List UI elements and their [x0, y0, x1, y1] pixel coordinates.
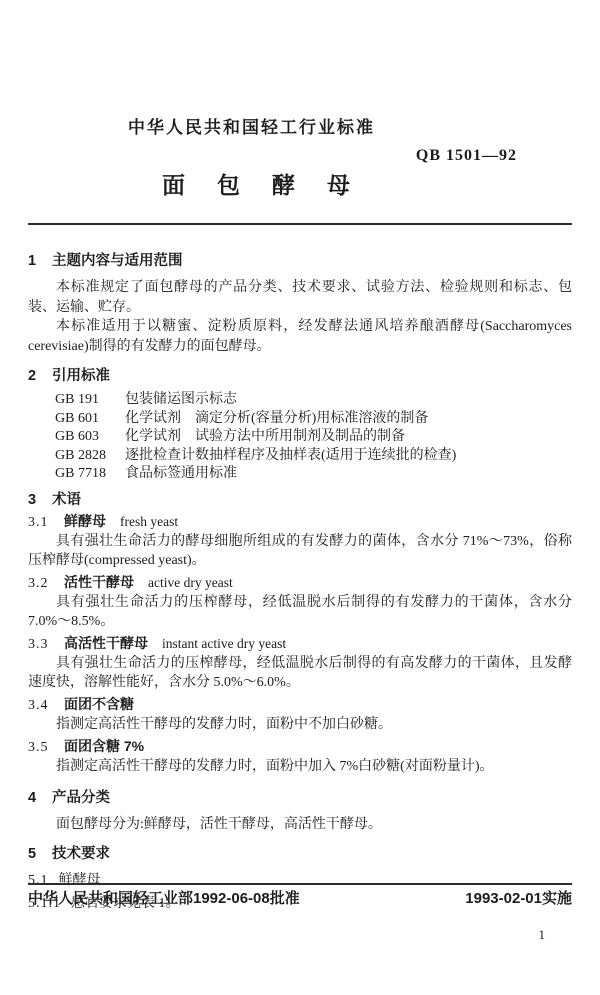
standard-document-page: 中华人民共和国轻工行业标准 QB 1501—92 面包酵母 1主题内容与适用范围… — [0, 0, 600, 995]
term-3-3-heading: 3.3高活性干酵母instant active dry yeast — [28, 634, 572, 654]
list-item: GB 191包装储运图示标志 — [28, 391, 572, 410]
list-item: GB 603化学试剂 试验方法中所用制剂及制品的制备 — [28, 428, 572, 447]
ref-code: GB 2828 — [55, 447, 111, 466]
ref-code: GB 191 — [55, 391, 111, 410]
section-5-heading: 5技术要求 — [28, 845, 572, 863]
term-number: 3.5 — [28, 739, 56, 757]
section-3-title: 术语 — [52, 492, 81, 508]
section-2-number: 2 — [28, 367, 52, 385]
standard-code: QB 1501—92 — [28, 148, 572, 164]
list-item: GB 7718食品标签通用标准 — [28, 465, 572, 484]
approval-statement: 中华人民共和国轻工业部1992-06-08批准 — [28, 891, 300, 907]
term-3-2-heading: 3.2活性干酵母active dry yeast — [28, 573, 572, 593]
ref-title: 包装储运图示标志 — [125, 392, 237, 407]
list-item: GB 601化学试剂 滴定分析(容量分析)用标准溶液的制备 — [28, 410, 572, 429]
term-name-zh: 面团不含糖 — [64, 696, 134, 712]
term-name-zh: 面团含糖 7% — [64, 738, 144, 754]
term-3-4-heading: 3.4面团不含糖 — [28, 695, 572, 715]
ref-code: GB 601 — [55, 410, 111, 429]
term-3-5-heading: 3.5面团含糖 7% — [28, 737, 572, 757]
section-4-heading: 4产品分类 — [28, 789, 572, 807]
section-1-number: 1 — [28, 252, 52, 270]
document-title: 面包酵母 — [162, 174, 572, 197]
term-number: 3.4 — [28, 697, 56, 715]
section-3-heading: 3术语 — [28, 491, 572, 509]
term-name-zh: 鲜酵母 — [64, 513, 106, 529]
section-5-title: 技术要求 — [52, 846, 110, 862]
subsection-number: 5.1 — [28, 872, 49, 890]
ref-code: GB 7718 — [55, 465, 111, 484]
ref-title: 逐批检查计数抽样程序及抽样表(适用于连续批的检查) — [125, 448, 456, 463]
term-3-5-definition: 指测定高活性干酵母的发酵力时，面粉中加入 7%白砂糖(对面粉量计)。 — [28, 757, 572, 776]
section-4-paragraph-1: 面包酵母分为:鲜酵母，活性干酵母，高活性干酵母。 — [28, 815, 572, 835]
section-1-paragraph-1: 本标准规定了面包酵母的产品分类、技术要求、试验方法、检验规则和标志、包装、运输、… — [28, 278, 572, 317]
term-number: 3.1 — [28, 514, 56, 532]
term-name-zh: 高活性干酵母 — [64, 635, 148, 651]
term-3-1-heading: 3.1鲜酵母fresh yeast — [28, 512, 572, 532]
term-name-zh: 活性干酵母 — [64, 574, 134, 590]
section-3-number: 3 — [28, 491, 52, 509]
subsection-text: 鲜酵母 — [59, 873, 101, 888]
list-item: GB 2828逐批检查计数抽样程序及抽样表(适用于连续批的检查) — [28, 447, 572, 466]
footer-divider — [28, 883, 572, 885]
ref-code: GB 603 — [55, 428, 111, 447]
standard-type-heading: 中华人民共和国轻工行业标准 — [128, 119, 572, 136]
subsection-5-1: 5.1鲜酵母 — [28, 872, 572, 890]
term-3-3-definition: 具有强壮生命活力的压榨酵母，经低温脱水后制得的有高发酵力的干菌体，且发酵速度快，… — [28, 654, 572, 692]
term-number: 3.2 — [28, 575, 56, 593]
page-number: 1 — [539, 928, 546, 942]
section-4-title: 产品分类 — [52, 790, 110, 806]
term-name-en: fresh yeast — [120, 514, 178, 529]
footer: 中华人民共和国轻工业部1992-06-08批准 1993-02-01实施 — [28, 891, 572, 907]
section-2-title: 引用标准 — [52, 368, 110, 384]
ref-title: 化学试剂 试验方法中所用制剂及制品的制备 — [125, 429, 405, 444]
header-divider — [28, 223, 572, 225]
term-3-4-definition: 指测定高活性干酵母的发酵力时，面粉中不加白砂糖。 — [28, 715, 572, 734]
section-2-heading: 2引用标准 — [28, 367, 572, 385]
term-3-2-definition: 具有强壮生命活力的压榨酵母，经低温脱水后制得的有发酵力的干菌体，含水分 7.0%… — [28, 593, 572, 631]
term-name-en: active dry yeast — [148, 575, 233, 590]
section-5-number: 5 — [28, 845, 52, 863]
effective-date: 1993-02-01实施 — [465, 891, 572, 907]
referenced-standards-list: GB 191包装储运图示标志 GB 601化学试剂 滴定分析(容量分析)用标准溶… — [28, 391, 572, 484]
section-1-paragraph-2: 本标准适用于以糖蜜、淀粉质原料，经发酵法通风培养酿酒酵母(Saccharomyc… — [28, 317, 572, 356]
section-4-number: 4 — [28, 789, 52, 807]
ref-title: 化学试剂 滴定分析(容量分析)用标准溶液的制备 — [125, 411, 428, 426]
term-number: 3.3 — [28, 636, 56, 654]
ref-title: 食品标签通用标准 — [125, 466, 237, 481]
term-3-1-definition: 具有强壮生命活力的酵母细胞所组成的有发酵力的菌体，含水分 71%～73%，俗称压… — [28, 532, 572, 570]
term-name-en: instant active dry yeast — [162, 636, 286, 651]
section-1-title: 主题内容与适用范围 — [52, 253, 183, 269]
section-1-heading: 1主题内容与适用范围 — [28, 252, 572, 270]
